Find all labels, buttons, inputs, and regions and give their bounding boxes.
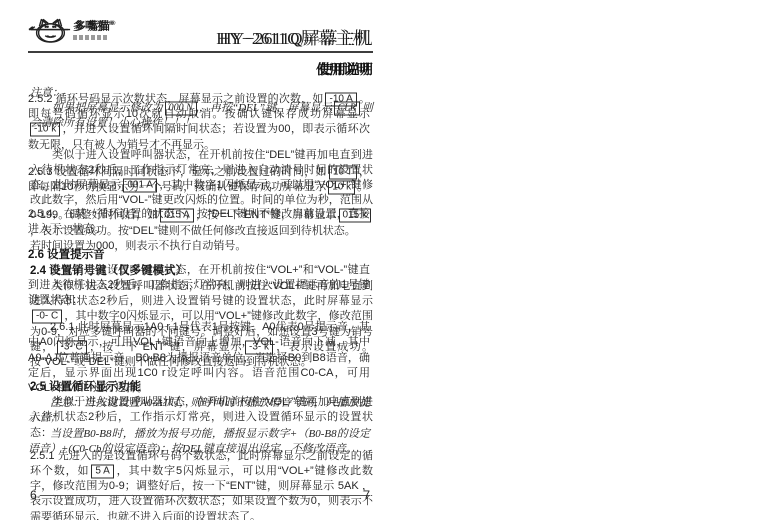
logo-subtext xyxy=(73,35,109,40)
page-header: 多嘴猫® HY−2611Q屏幕主机 使用说明 xyxy=(28,14,370,78)
page-number: 7 xyxy=(363,488,370,502)
text-run: 2.5.2 循环号码显示次数状态，屏幕显示之前设置的次数，如 xyxy=(28,93,323,105)
note-paragraph-a: 注意：当按键设置A0-AJ时，则呼叫时不播放语音号码，只播放提示音； xyxy=(28,396,370,426)
page-content: 2.5.2 循环号码显示次数状态，屏幕显示之前设置的次数，如-10 A。即每号码… xyxy=(28,92,370,457)
screen-display-box: -10 k xyxy=(30,123,60,137)
page-right: 多嘴猫® HY−2611Q屏幕主机 使用说明 2.5.2 循环号码显示次数状态，… xyxy=(0,0,390,520)
screen-display-box: 10 k xyxy=(328,181,355,195)
text-run: 。 xyxy=(357,181,368,193)
screen-display-box: 10 T xyxy=(329,165,357,179)
page-footer-right: 7 xyxy=(40,488,370,502)
registered-mark: ® xyxy=(109,21,114,27)
paragraph-2-6-1: 2.6.1 此时屏幕显示1A0 r,1号代表1号按键，A0代表0号提示音，其中A… xyxy=(28,320,370,396)
text-run: ，并进入设置循环间隔时间状态；若设置为00，即表示循环次数无限，只有被人为销号才… xyxy=(28,123,370,150)
paragraph-2-6: 类似于进入设置呼叫器状态，在开机前按住“VOL+”和“VOL-”键直到进入待机状… xyxy=(28,263,370,309)
screen-display-box: -10 A xyxy=(325,93,356,107)
paragraph-2-5-4: 2.5.4，在某一循环设置的状态下，按“DEL”键则不修改当前设置，直接进入下一… xyxy=(28,207,370,237)
heading-2-6: 2.6 设置提示音 xyxy=(28,248,370,263)
brand-logo: 多嘴猫® xyxy=(28,16,114,46)
doc-subtitle: 使用说明 xyxy=(28,58,370,78)
footer-rule xyxy=(40,495,358,496)
manual-scan: 多嘴猫® HY−2611Q屏幕主机 使用说明 注意： 如果把屏幕显示修改为000… xyxy=(0,0,781,520)
brand-name: 多嘴猫® xyxy=(73,19,114,33)
note-paragraph-b: 当设置B0-B8时，播放为报号功能，播报显示数字+（B0-B8的设定语音）+(C… xyxy=(28,427,370,457)
cat-logo-icon xyxy=(28,16,70,46)
text-run: 2.5.3 设置循环间隔时间状态下，显示之前设置过的时间，如 xyxy=(28,166,327,178)
paragraph-2-5-3: 2.5.3 设置循环间隔时间状态下，显示之前设置过的时间，如10 T，即每隔10… xyxy=(28,165,370,195)
header-rule xyxy=(28,51,370,53)
paragraph-2-5-2: 2.5.2 循环号码显示次数状态，屏幕显示之前设置的次数，如-10 A。即每号码… xyxy=(28,92,370,153)
brand-text-block: 多嘴猫® xyxy=(73,16,114,40)
